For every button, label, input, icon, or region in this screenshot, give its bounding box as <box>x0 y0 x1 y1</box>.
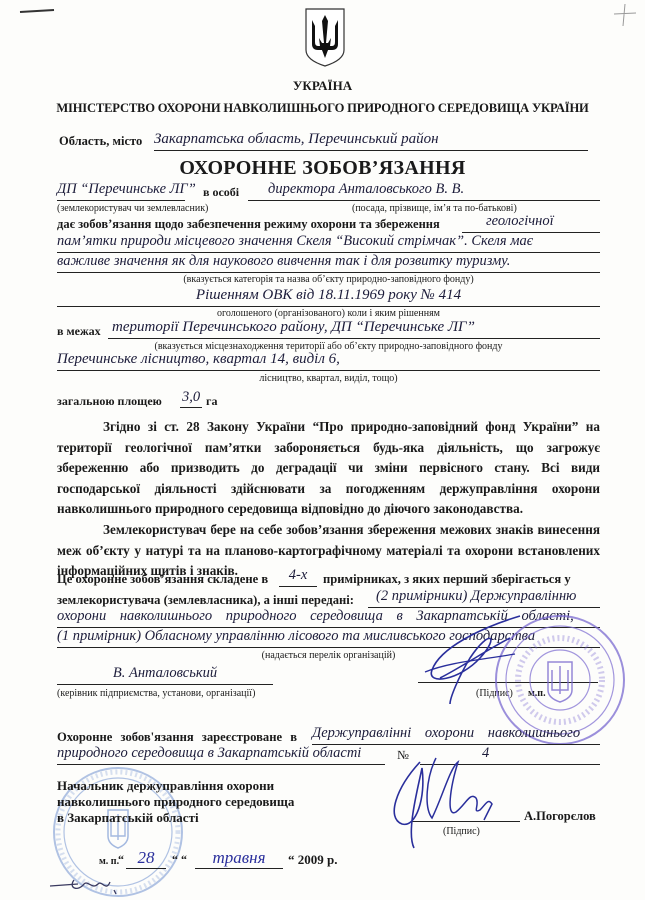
area-unit: га <box>206 394 217 409</box>
ministry-heading: МІНІСТЕРСТВО ОХОРОНИ НАВКОЛИШНЬОГО ПРИРО… <box>0 101 645 116</box>
signatory-caption: (керівник підприємства, установи, органі… <box>57 688 255 699</box>
copies-count: 4-х <box>289 567 308 583</box>
registration-value-2: природного середовища в Закарпатській об… <box>57 745 361 761</box>
signatory-name: В. Анталовський <box>113 665 217 681</box>
initials-mark <box>48 874 138 898</box>
coat-of-arms <box>302 6 348 68</box>
date-year: “ 2009 р. <box>288 852 337 868</box>
copies-count-field: 4-х <box>279 566 317 587</box>
obligation-text-1: геологічної <box>462 213 554 229</box>
obligation-text-2: пам’ятки природи місцевого значення Скел… <box>57 233 533 249</box>
forestry-value: Перечинське лісництво, квартал 14, виділ… <box>57 351 340 367</box>
document-title: ОХОРОННЕ ЗОБОВ’ЯЗАННЯ <box>0 157 645 180</box>
date-seal-caption: м. п. <box>99 856 119 867</box>
obligation-label: дає зобов’язання щодо забезпечення режим… <box>57 217 440 232</box>
signatory-name-field: В. Анталовський <box>57 664 273 685</box>
scan-mark-top-right <box>610 2 640 28</box>
decision-field: Рішенням ОВК від 18.11.1969 року № 414 <box>57 286 600 307</box>
land-user-caption: (землекористувач чи землевласник) <box>57 203 208 214</box>
head-title-line-3: в Закарпатській області <box>57 810 199 826</box>
date-month-field: травня <box>195 848 283 869</box>
recipients-line-1: (2 примірники) Держуправлінню <box>368 587 600 608</box>
land-user-field: ДП “Перечинське ЛГ” <box>57 180 185 201</box>
area-field: 3,0 <box>180 388 202 408</box>
date-day: 28 <box>138 848 155 867</box>
area-label: загальною площею <box>57 394 162 409</box>
date-month: травня <box>213 848 266 867</box>
registration-line-1: Держуправлінні охорони навколишнього <box>312 724 600 745</box>
paragraph-law: Згідно зі ст. 28 Закону України “Про при… <box>57 417 600 520</box>
forestry-field: Перечинське лісництво, квартал 14, виділ… <box>57 350 600 371</box>
date-mid-quotes: “ “ <box>172 852 187 867</box>
scan-mark-top-left <box>18 6 58 16</box>
copies-label-c: землекористувача (землевласника), а інші… <box>57 593 354 608</box>
date-open-quote: “ <box>118 852 124 867</box>
head-title-line-1: Начальник держуправління охорони <box>57 778 274 794</box>
land-user-value: ДП “Перечинське ЛГ” <box>57 181 196 197</box>
copies-label-a: Це охоронне зобов’язання складене в <box>57 572 268 587</box>
location-value: території Перечинського району, ДП “Пере… <box>108 319 475 335</box>
copies-label-b: примірниках, з яких перший зберігається … <box>323 572 571 587</box>
head-title-line-2: навколишнього природного середовища <box>57 794 294 810</box>
obligation-line-1: геологічної <box>462 212 600 233</box>
trident-coat-of-arms-icon <box>302 6 348 68</box>
region-field: Закарпатська область, Перечинський район <box>154 130 588 151</box>
location-field: території Перечинського району, ДП “Пере… <box>108 318 600 339</box>
obligation-line-3: важливе значення як для наукового вивчен… <box>57 252 600 273</box>
country-heading: УКРАЇНА <box>0 78 645 94</box>
signatory-signature <box>420 608 530 708</box>
date-day-field: 28 <box>126 848 166 869</box>
head-name: А.Погорєлов <box>524 809 596 824</box>
decision-value: Рішенням ОВК від 18.11.1969 року № 414 <box>196 287 461 303</box>
forestry-caption: лісництво, квартал, виділ, тощо) <box>57 373 600 384</box>
head-signature <box>376 748 516 858</box>
obligation-line-2: пам’ятки природи місцевого значення Скел… <box>57 232 600 253</box>
location-label: в межах <box>57 324 101 339</box>
recipients-text-1: (2 примірники) Держуправлінню <box>368 588 576 604</box>
obligation-text-3: важливе значення як для наукового вивчен… <box>57 253 510 269</box>
area-value: 3,0 <box>182 389 200 405</box>
region-label: Область, місто <box>59 134 142 149</box>
in-person-label: в особі <box>203 185 239 200</box>
person-value: директора Анталовського В. В. <box>248 181 464 197</box>
obligation-caption: (вказується категорія та назва об’єкту п… <box>57 274 600 285</box>
region-value: Закарпатська область, Перечинський район <box>154 131 439 147</box>
registration-value-1: Держуправлінні охорони навколишнього <box>312 725 580 741</box>
person-field: директора Анталовського В. В. <box>248 180 600 201</box>
registration-label: Охоронне зобов'язання зареєстроване в <box>57 730 297 745</box>
